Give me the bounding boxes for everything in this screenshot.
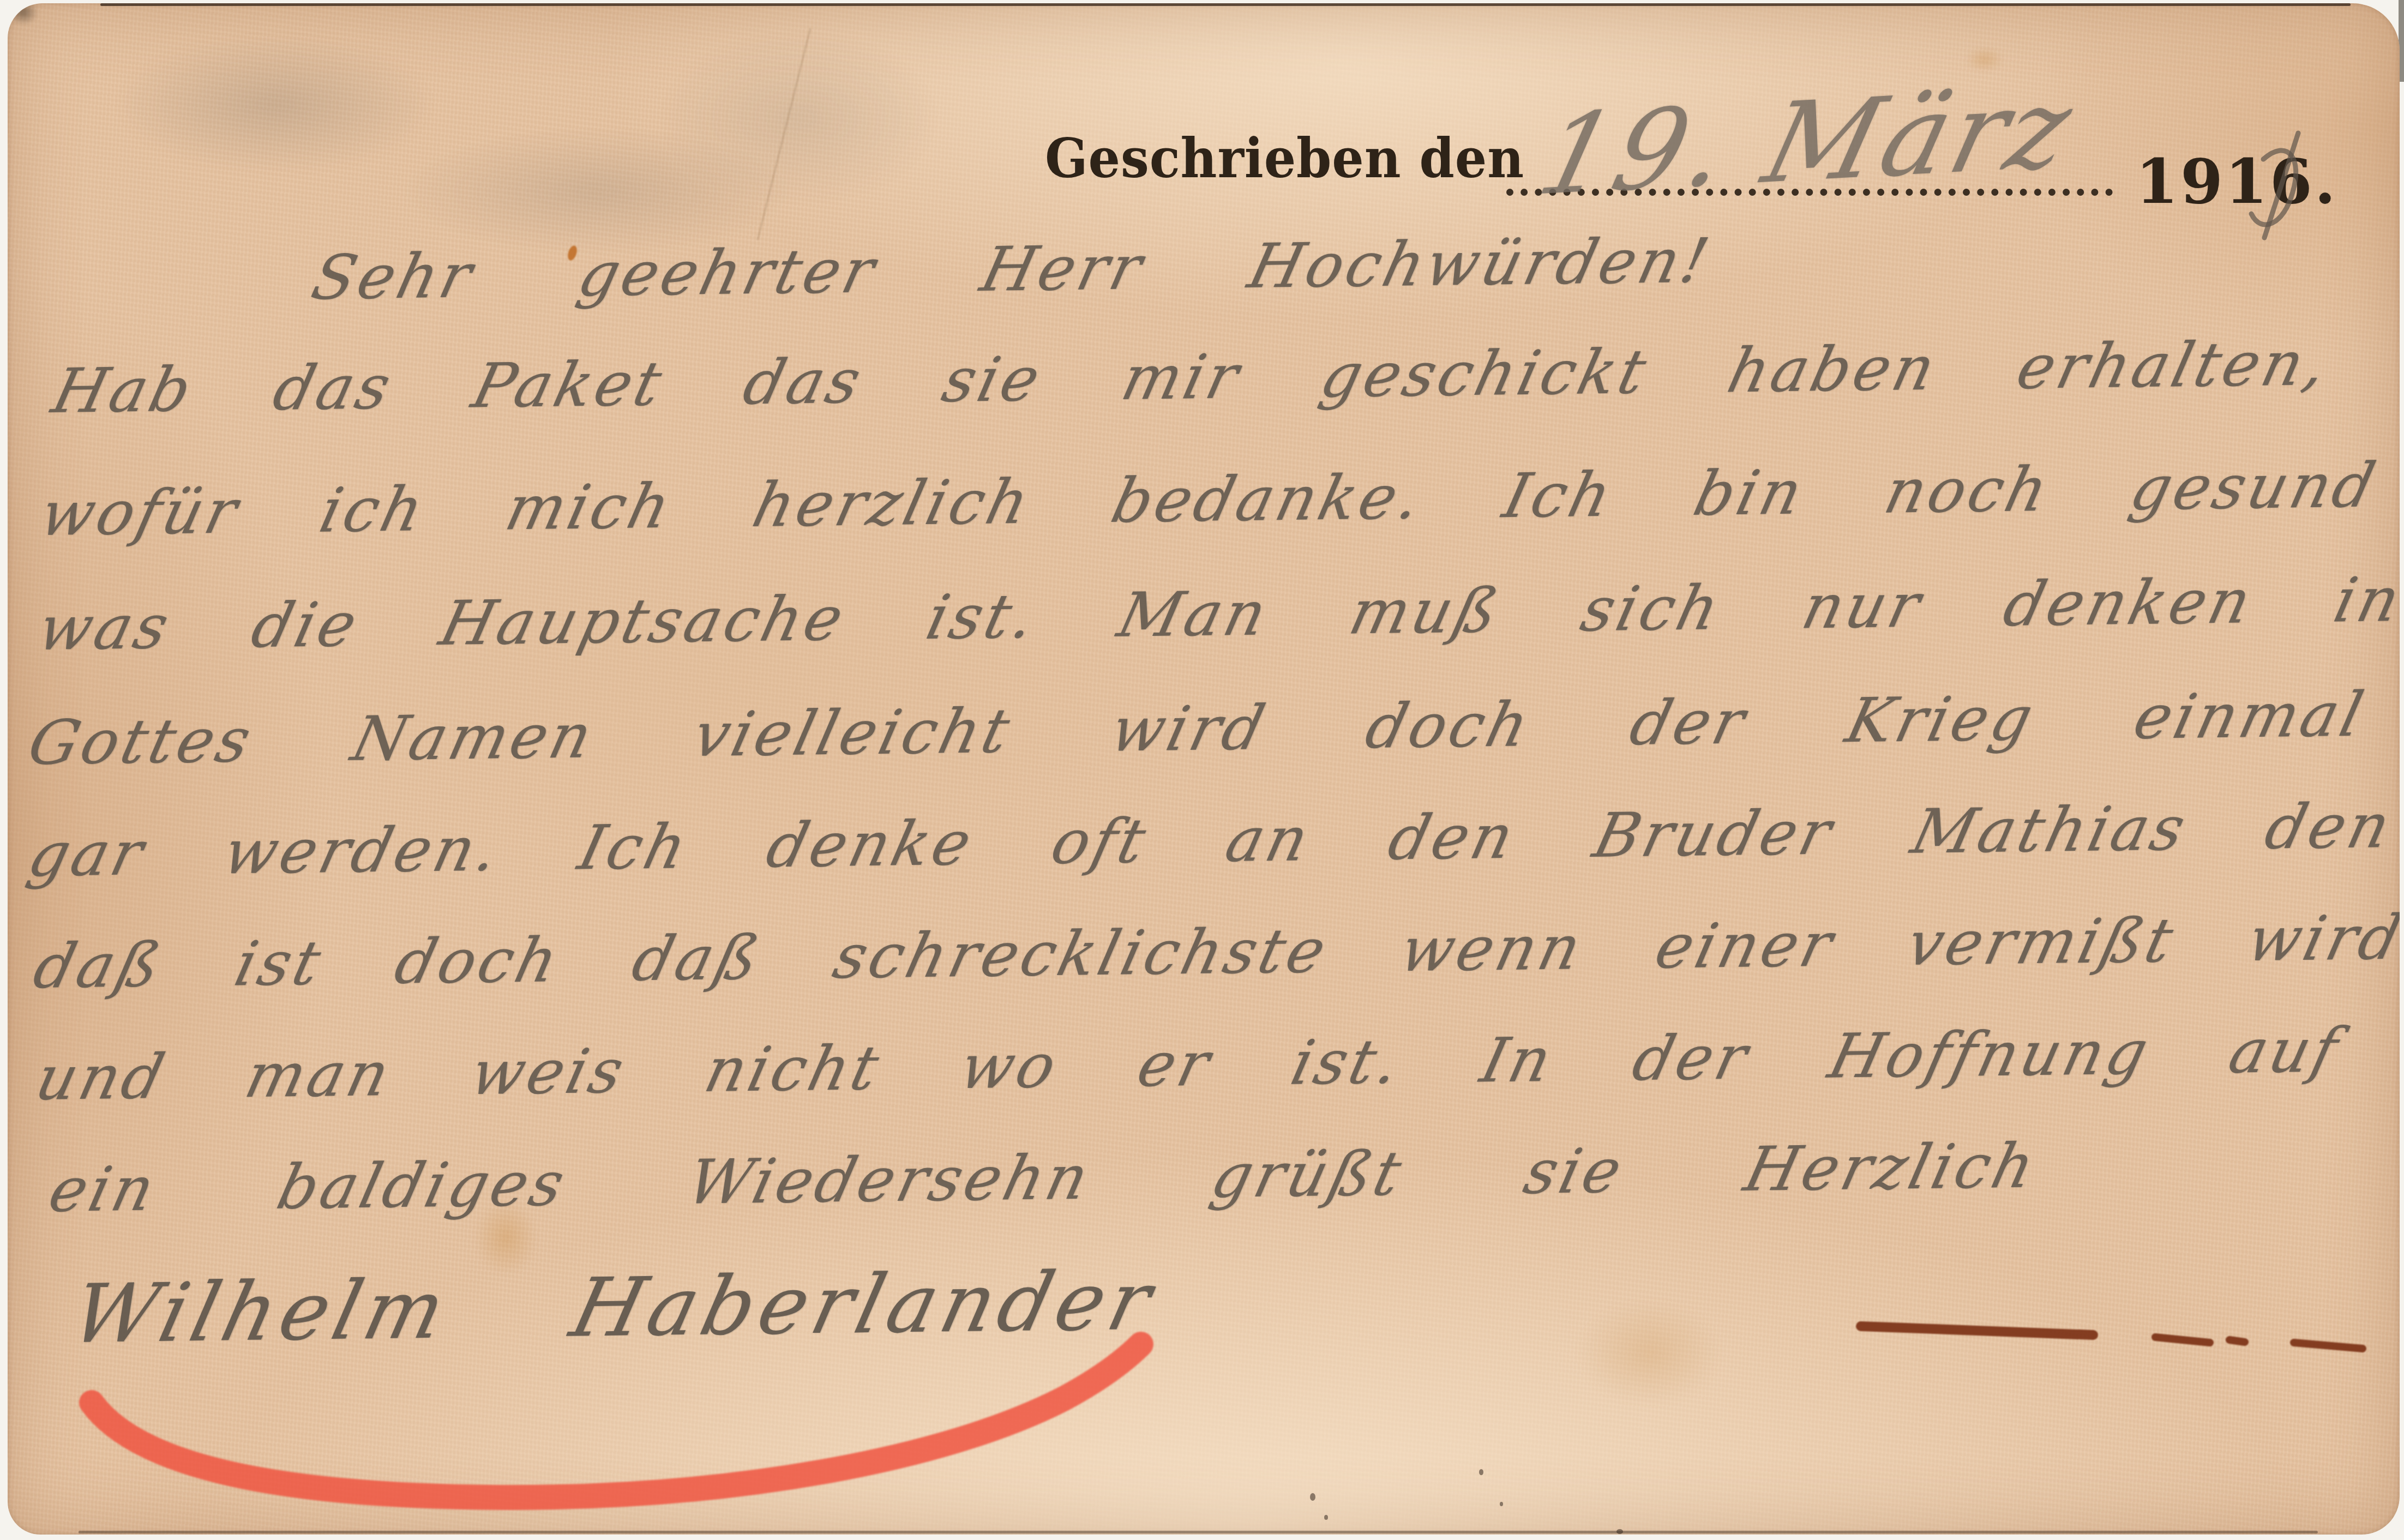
pencil-smudge	[400, 129, 793, 254]
printed-header-label: Geschrieben den	[1045, 131, 1524, 185]
card-edge-shadow-top	[100, 3, 2351, 6]
paper-stain	[1578, 1301, 1720, 1405]
postcard: Geschrieben den 1916. 19. März Sehr geeh…	[8, 3, 2400, 1535]
letter-line-salutation: Sehr geehrter Herr Hochwürden!	[306, 230, 1717, 309]
signature: Wilhelm Haberlander	[65, 1260, 1164, 1355]
paper-crease	[757, 28, 812, 240]
ink-speck	[1479, 1469, 1483, 1475]
handwritten-date: 19. März	[1529, 73, 2086, 212]
letter-line: gar werden. Ich denke oft an den Bruder …	[23, 796, 2399, 886]
printed-year: 1916.	[2136, 152, 2338, 213]
letter-line: wofür ich mich herzlich bedanke. Ich bin…	[35, 455, 2383, 545]
scan-background: Geschrieben den 1916. 19. März Sehr geeh…	[0, 0, 2404, 1540]
ink-speck	[1500, 1502, 1503, 1506]
letter-line: Hab das Paket das sie mir geschickt habe…	[47, 333, 2335, 422]
letter-line: daß ist doch daß schrecklichste wenn ein…	[28, 907, 2400, 997]
frayed-corner	[9, 3, 38, 25]
ink-speck	[1310, 1493, 1315, 1501]
pencil-smudge	[657, 31, 940, 205]
letter-line: ein baldiges Wiedersehn grüßt sie Herzli…	[44, 1135, 2043, 1221]
letter-line: und man weis nicht wo er ist. In der Hof…	[31, 1020, 2346, 1109]
card-edge-shadow-bottom	[79, 1531, 2318, 1533]
pencil-smudge	[117, 36, 433, 172]
letter-line: was die Hauptsache ist. Man muß sich nur…	[33, 569, 2400, 659]
ink-speck	[1324, 1515, 1328, 1520]
letter-line: Gottes Namen vielleicht wird doch der Kr…	[23, 684, 2371, 774]
